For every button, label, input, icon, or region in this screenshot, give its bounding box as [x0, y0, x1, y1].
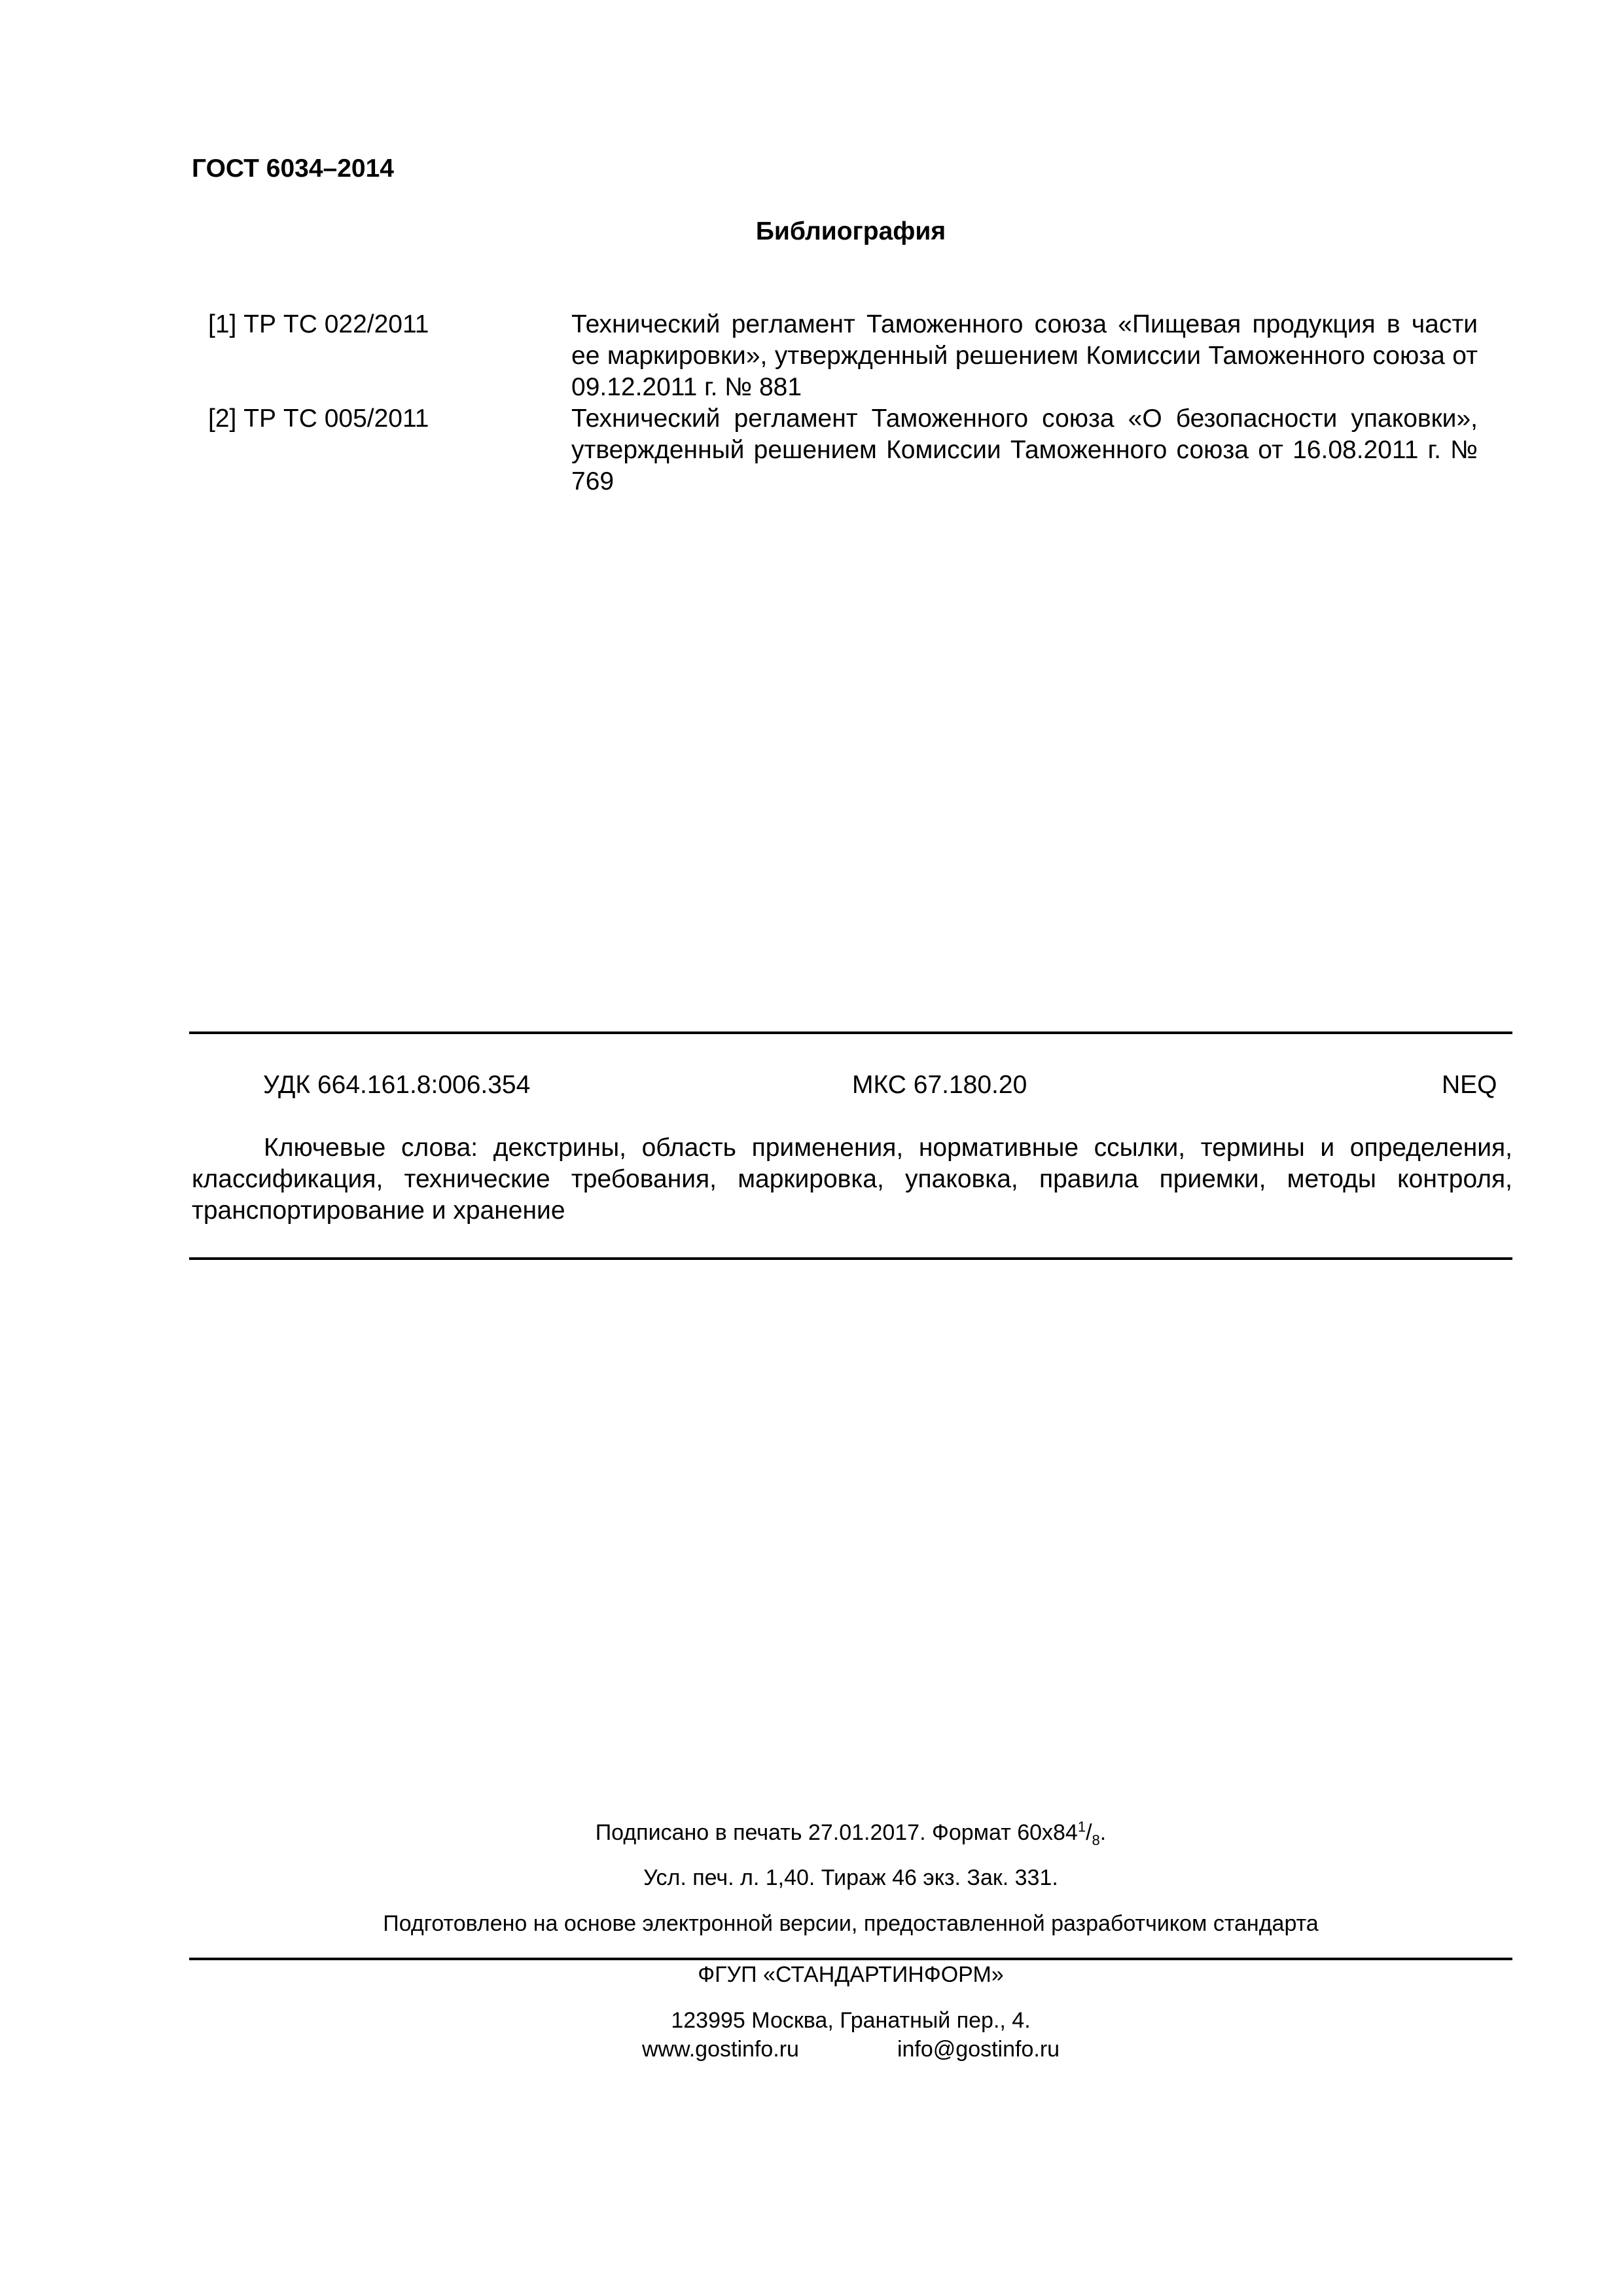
divider-middle	[189, 1257, 1512, 1260]
divider-bottom	[189, 1958, 1512, 1960]
mks-code: МКС 67.180.20	[852, 1071, 1027, 1100]
divider-top	[189, 1031, 1512, 1034]
website-link[interactable]: www.gostinfo.ru	[642, 2037, 799, 2062]
email-link[interactable]: info@gostinfo.ru	[897, 2037, 1060, 2062]
signed-to-print-line: Подписано в печать 27.01.2017. Формат 60…	[189, 1820, 1512, 1846]
publisher-name: ФГУП «СТАНДАРТИНФОРМ»	[189, 1962, 1512, 1988]
prepared-note: Подготовлено на основе электронной верси…	[189, 1911, 1512, 1937]
print-info-line: Усл. печ. л. 1,40. Тираж 46 экз. Зак. 33…	[189, 1865, 1512, 1891]
format-denominator: 8	[1092, 1832, 1100, 1848]
keywords-paragraph: Ключевые слова: декстрины, область приме…	[192, 1132, 1512, 1227]
bibliography-entry-1-key: [1] ТР ТС 022/2011	[208, 309, 429, 340]
document-code: ГОСТ 6034–2014	[192, 154, 394, 183]
bibliography-entry-2-key: [2] ТР ТС 005/2011	[208, 403, 429, 435]
bibliography-entry-2-text: Технический регламент Таможенного союза …	[571, 403, 1478, 497]
udk-code: УДК 664.161.8:006.354	[263, 1071, 530, 1100]
bibliography-title: Библиография	[0, 217, 1623, 246]
equivalence-code: NEQ	[1442, 1071, 1497, 1100]
signed-text: Подписано в печать 27.01.2017. Формат 60…	[596, 1820, 1078, 1845]
publisher-address: 123995 Москва, Гранатный пер., 4.	[189, 2008, 1512, 2034]
format-numerator: 1	[1078, 1819, 1086, 1835]
contact-links: www.gostinfo.ruinfo@gostinfo.ru	[189, 2037, 1512, 2062]
bibliography-entry-1-text: Технический регламент Таможенного союза …	[571, 309, 1478, 403]
format-suffix: .	[1100, 1820, 1106, 1845]
